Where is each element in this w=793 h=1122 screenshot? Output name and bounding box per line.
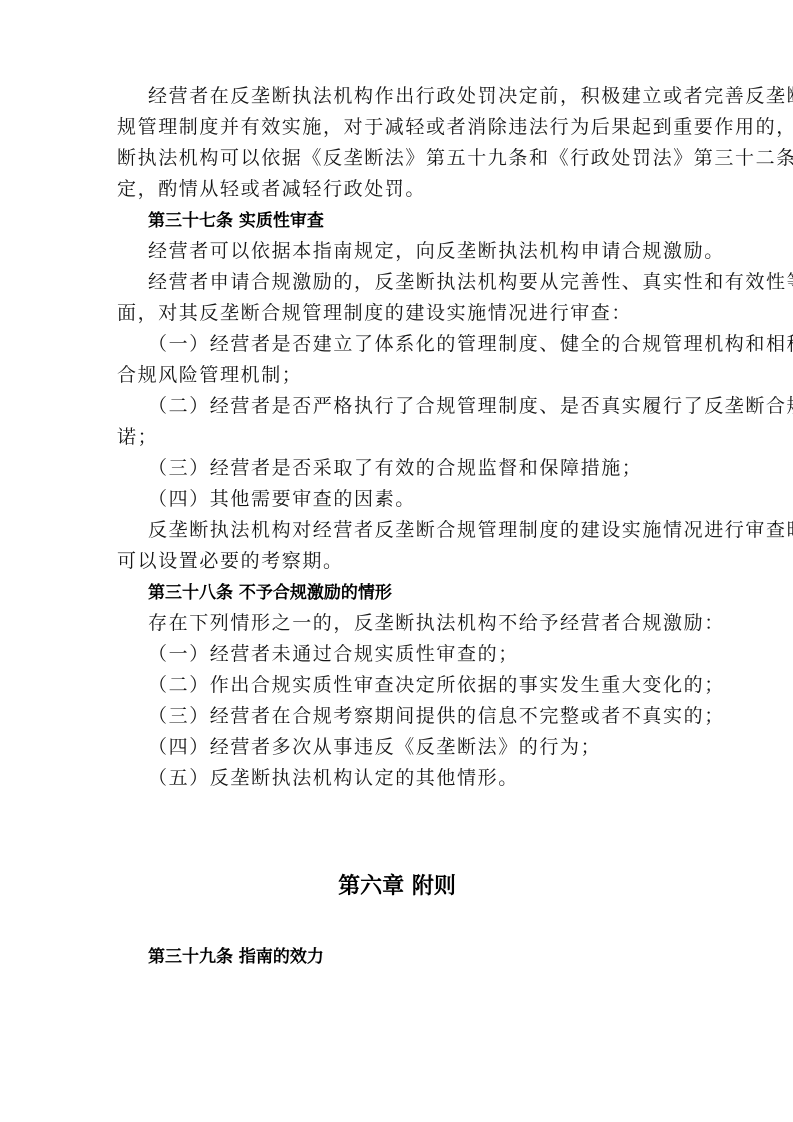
paragraph-line: 断执法机构可以依据《反垄断法》第五十九条和《行政处罚法》第三十二条的规 (117, 146, 793, 170)
list-item-line: （四）其他需要审查的因素。 (148, 487, 416, 511)
list-item-line: （三）经营者在合规考察期间提供的信息不完整或者不真实的； (148, 704, 725, 728)
paragraph-line: 面，对其反垄断合规管理制度的建设实施情况进行审查： (117, 301, 632, 325)
list-item-line: （四）经营者多次从事违反《反垄断法》的行为； (148, 735, 601, 759)
chapter-title: 第六章 附则 (117, 873, 677, 901)
paragraph-line: 反垄断执法机构对经营者反垄断合规管理制度的建设实施情况进行审查时， (148, 518, 793, 542)
paragraph-line: 规管理制度并有效实施，对于减轻或者消除违法行为后果起到重要作用的，反垄 (117, 115, 793, 139)
list-item-line: （二）经营者是否严格执行了合规管理制度、是否真实履行了反垄断合规承 (148, 394, 793, 418)
article-heading: 第三十七条 实质性审查 (148, 210, 324, 232)
article-heading: 第三十八条 不予合规激励的情形 (148, 582, 392, 604)
list-item-line: （二）作出合规实质性审查决定所依据的事实发生重大变化的； (148, 673, 725, 697)
article-heading: 第三十九条 指南的效力 (148, 946, 324, 968)
list-item-line: （一）经营者是否建立了体系化的管理制度、健全的合规管理机构和相称的 (148, 332, 793, 356)
list-item-line: （三）经营者是否采取了有效的合规监督和保障措施； (148, 456, 642, 480)
list-item-line: 诺； (117, 425, 158, 449)
paragraph-line: 经营者可以依据本指南规定，向反垄断执法机构申请合规激励。 (148, 239, 725, 263)
list-item-line: （五）反垄断执法机构认定的其他情形。 (148, 766, 519, 790)
paragraph-line: 可以设置必要的考察期。 (117, 549, 344, 573)
list-item-line: （一）经营者未通过合规实质性审查的； (148, 642, 519, 666)
paragraph-line: 经营者在反垄断执法机构作出行政处罚决定前，积极建立或者完善反垄断合 (148, 84, 793, 108)
paragraph-line: 经营者申请合规激励的，反垄断执法机构要从完善性、真实性和有效性等方 (148, 270, 793, 294)
paragraph-line: 定，酌情从轻或者减轻行政处罚。 (117, 177, 426, 201)
paragraph-line: 存在下列情形之一的，反垄断执法机构不给予经营者合规激励： (148, 611, 725, 635)
list-item-line: 合规风险管理机制； (117, 363, 302, 387)
